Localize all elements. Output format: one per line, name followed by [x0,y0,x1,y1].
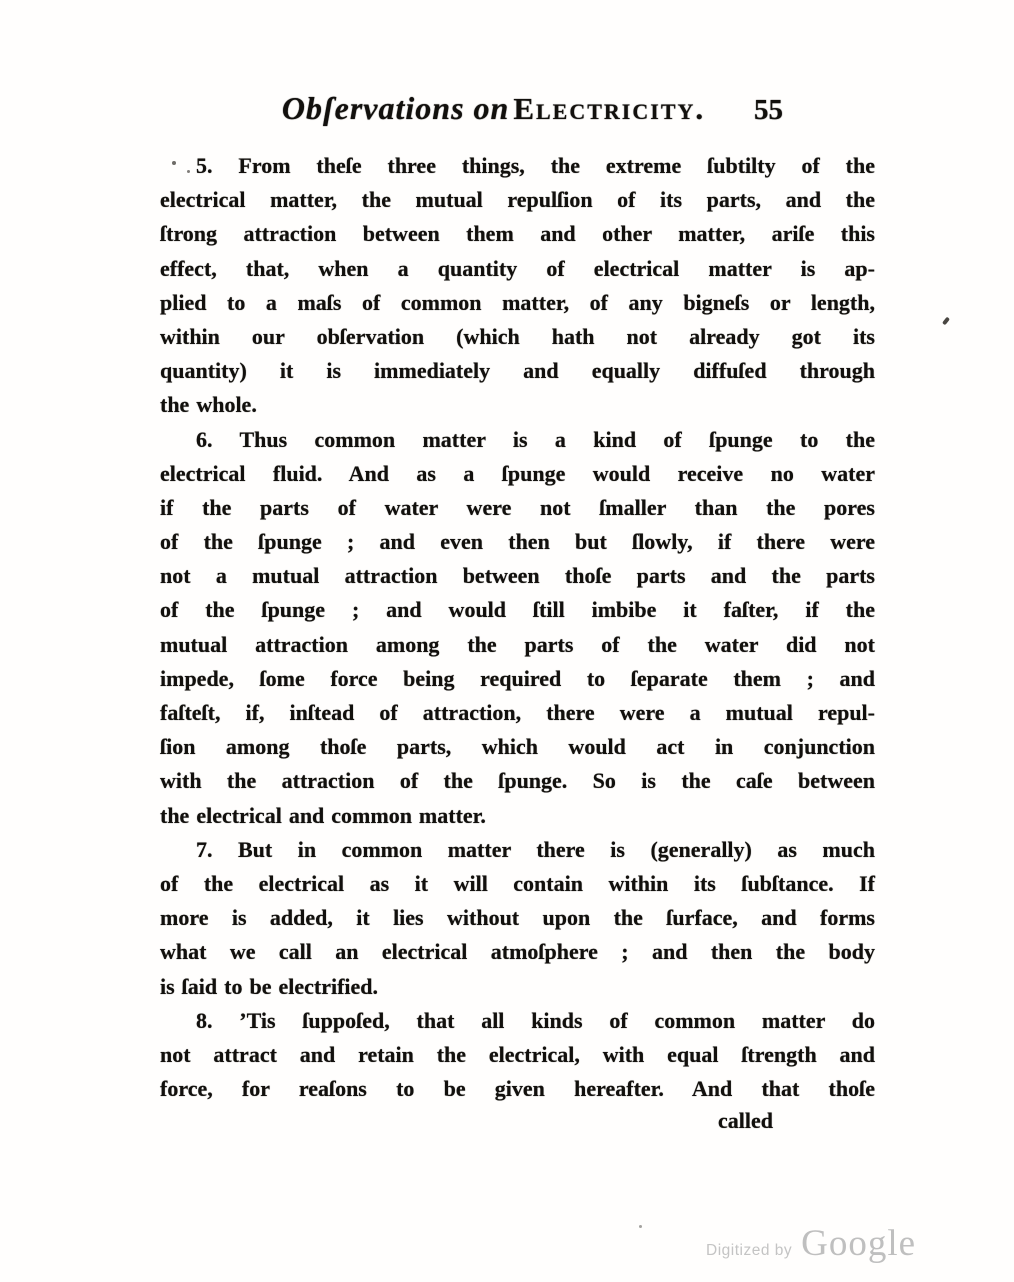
text-line: impede, ſome force being required to ſep… [160,662,875,696]
text-line: not attract and retain the electrical, w… [160,1038,875,1072]
digitized-by-text: Digitized by [706,1242,792,1260]
watermark: Digitized by Google [706,1222,916,1265]
text-line: 5. From theſe three things, the extreme … [160,149,875,183]
text-line: plied to a maſs of common matter, of any… [160,286,875,320]
text-line: 6. Thus common matter is a kind of ſpung… [160,423,875,457]
paragraph: 6. Thus common matter is a kind of ſpung… [160,423,875,833]
text-line: force, for reaſons to be given hereafter… [160,1072,875,1106]
catchword: called [718,1104,773,1138]
text-line: electrical matter, the mutual repulſion … [160,183,875,217]
page-number: 55 [754,94,783,127]
paragraph: 8. ’Tis ſuppoſed, that all kinds of comm… [160,1004,875,1107]
text-line: 7. But in common matter there is (genera… [160,833,875,867]
running-header: Obſervations on Electricity. 55 [160,90,875,134]
text-line: electrical fluid. And as a ſpunge would … [160,457,875,491]
text-line: effect, that, when a quantity of electri… [160,252,875,286]
book-page: Obſervations on Electricity. 55 5. From … [0,0,1014,1282]
text-line: 8. ’Tis ſuppoſed, that all kinds of comm… [160,1004,875,1038]
paragraph: 5. From theſe three things, the extreme … [160,149,875,423]
ink-speck [172,161,176,165]
text-line: ſtrong attraction between them and other… [160,217,875,251]
text-line: ſion among thoſe parts, which would act … [160,730,875,764]
text-line: if the parts of water were not ſmaller t… [160,491,875,525]
text-line: with the attraction of the ſpunge. So is… [160,764,875,798]
ink-speck [942,317,950,326]
text-line: not a mutual attraction between thoſe pa… [160,559,875,593]
header-title-italic: Obſervations on [282,90,509,126]
text-line: of the ſpunge ; and would ſtill imbibe i… [160,593,875,627]
text-line: the whole. [160,388,875,422]
text-line: faſteſt, if, inſtead of attraction, ther… [160,696,875,730]
google-logo: Google [801,1222,916,1265]
text-line: of the electrical as it will contain wit… [160,867,875,901]
ink-speck [639,1225,642,1228]
text-line: the electrical and common matter. [160,799,875,833]
text-line: more is added, it lies without upon the … [160,901,875,935]
paragraph: 7. But in common matter there is (genera… [160,833,875,1004]
text-line: quantity) it is immediately and equally … [160,354,875,388]
text-line: is ſaid to be electrified. [160,970,875,1004]
header-title-smallcaps: Electricity. [513,91,705,126]
text-line: mutual attraction among the parts of the… [160,628,875,662]
text-line: what we call an electrical atmoſphere ; … [160,935,875,969]
text-line: of the ſpunge ; and even then but ſlowly… [160,525,875,559]
text-line: within our obſervation (which hath not a… [160,320,875,354]
ink-speck [187,170,190,173]
page-text: 5. From theſe three things, the extreme … [160,149,875,1106]
